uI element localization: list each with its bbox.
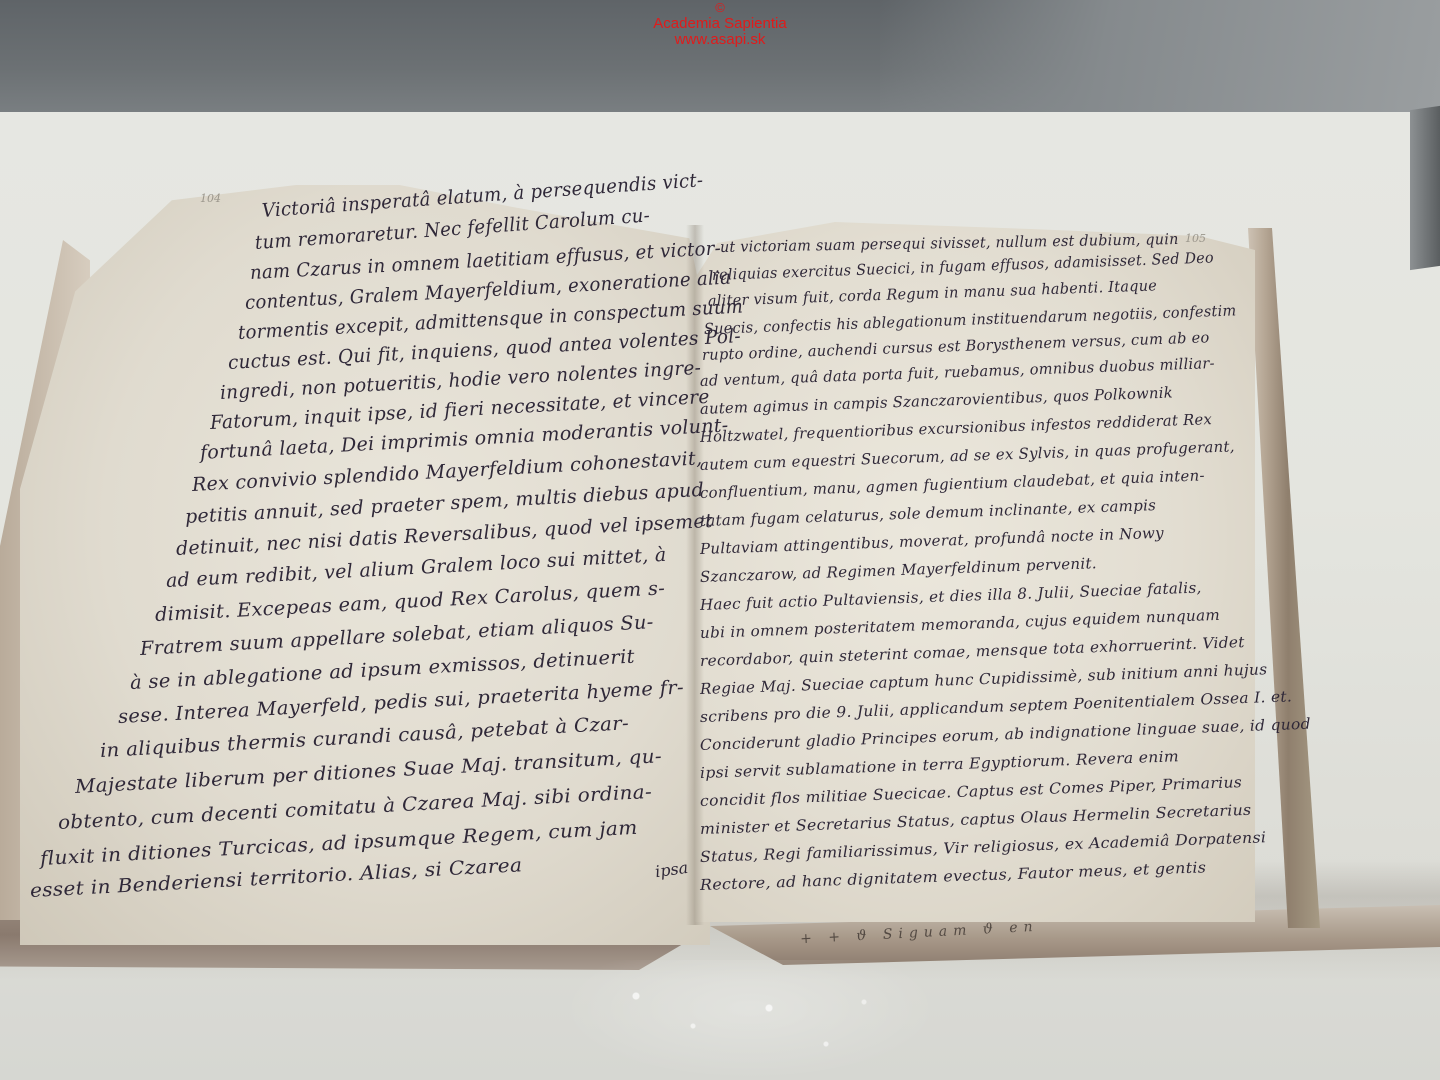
page-number-right: 105: [1185, 232, 1206, 245]
display-case-edge: [1410, 106, 1440, 270]
background-light-panel: [880, 0, 1440, 115]
page-number-left: 104: [200, 192, 221, 205]
glass-reflection: [560, 960, 940, 1080]
watermark-organization: Academia Sapientia: [600, 16, 840, 32]
watermark: © Academia Sapientia www.asapi.sk: [600, 0, 840, 48]
copyright-icon: ©: [600, 0, 840, 16]
watermark-url: www.asapi.sk: [600, 32, 840, 48]
